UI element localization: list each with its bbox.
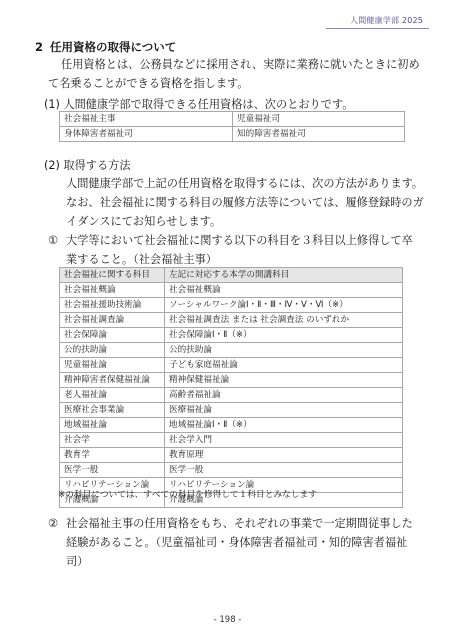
table-row: 教育学教育原理 (60, 448, 403, 463)
table-cell: 公的扶助論 (165, 343, 403, 358)
subject-table: 社会福祉に関する科目 左記に対応する本学の開講科目 社会福祉概論社会福祉概論 社… (59, 267, 403, 508)
header-label: 人間健康学部 2025 (350, 15, 423, 26)
table-footnote: ※の科目については、すべての科目を修得して１科目とみなします (58, 488, 317, 500)
table-cell: 社会学 (60, 433, 165, 448)
intro-line-1: 任用資格とは、公務員などに採用され、実際に業務に就いたときに初め (61, 55, 420, 74)
section-number: 2 (35, 40, 50, 54)
table-row: 社会福祉調査論社会福祉調査法 または 社会調査法 のいずれか (60, 313, 403, 328)
page-number: - 198 - (0, 615, 455, 625)
table-cell: 知的障害者福祉司 (233, 127, 405, 142)
table-cell: 教育原理 (165, 448, 403, 463)
table-cell: 社会福祉概論 (165, 283, 403, 298)
table-cell: 精神保健福祉論 (165, 373, 403, 388)
intro-line-2: て名乗ることができる資格を指します。 (48, 74, 248, 93)
table-cell: 子ども家庭福祉論 (165, 358, 403, 373)
section-title-text: 任用資格の取得について (50, 40, 176, 54)
table-row: 児童福祉論子ども家庭福祉論 (60, 358, 403, 373)
table-row: 社会保障論社会保障論Ⅰ・Ⅱ（※） (60, 328, 403, 343)
table-cell: 教育学 (60, 448, 165, 463)
item-1-line-1: 大学等において社会福祉に関する以下の科目を３科目以上修得して卒 (66, 231, 413, 250)
table-header-row: 社会福祉に関する科目 左記に対応する本学の開講科目 (60, 268, 403, 283)
item-2-line-3: 司） (66, 552, 88, 571)
table-cell: 社会福祉主事 (60, 112, 233, 127)
table-row: 医療社会事業論医療福祉論 (60, 403, 403, 418)
table-cell: 医学一般 (165, 463, 403, 478)
table-row: 社会福祉援助技術論ソーシャルワーク論Ⅰ・Ⅱ・Ⅲ・Ⅳ・Ⅴ・Ⅵ（※） (60, 298, 403, 313)
table-cell: 社会福祉援助技術論 (60, 298, 165, 313)
table-row: 医学一般医学一般 (60, 463, 403, 478)
item-2-line-1: 社会福祉主事の任用資格をもち、それぞれの事業で一定期間従事した (66, 514, 413, 533)
table-row: 社会福祉概論社会福祉概論 (60, 283, 403, 298)
table-cell: 社会福祉概論 (60, 283, 165, 298)
table-cell: 社会保障論 (60, 328, 165, 343)
table-cell: 精神障害者保健福祉論 (60, 373, 165, 388)
table-row: 公的扶助論公的扶助論 (60, 343, 403, 358)
table-cell: 児童福祉司 (233, 112, 405, 127)
table-header-cell: 左記に対応する本学の開講科目 (165, 268, 403, 283)
item-2-marker: ② (48, 514, 58, 533)
item-2-line-2: 経験があること。（児童福祉司・身体障害者福祉司・知的障害者福祉 (66, 533, 407, 552)
qualification-table: 社会福祉主事 児童福祉司 身体障害者福祉司 知的障害者福祉司 (59, 111, 405, 142)
table-row: 社会福祉主事 児童福祉司 (60, 112, 405, 127)
table-row: 身体障害者福祉司 知的障害者福祉司 (60, 127, 405, 142)
table-cell: 社会学入門 (165, 433, 403, 448)
table-cell: 医療社会事業論 (60, 403, 165, 418)
subsection-1-label: (1) 人間健康学部で取得できる任用資格は、次のとおりです。 (44, 96, 353, 112)
table-header-cell: 社会福祉に関する科目 (60, 268, 165, 283)
table-cell: 医学一般 (60, 463, 165, 478)
header-rule (326, 28, 429, 29)
subsection-2-label: (2) 取得する方法 (44, 157, 131, 173)
method-line-2: なお、社会福祉に関する科目の履修方法等については、履修登録時のガ (66, 193, 424, 212)
table-cell: 地域福祉論Ⅰ・Ⅱ（※） (165, 418, 403, 433)
table-row: 社会学社会学入門 (60, 433, 403, 448)
table-cell: 社会福祉調査論 (60, 313, 165, 328)
section-title: 2任用資格の取得について (35, 39, 176, 55)
table-cell: ソーシャルワーク論Ⅰ・Ⅱ・Ⅲ・Ⅳ・Ⅴ・Ⅵ（※） (165, 298, 403, 313)
table-cell: 身体障害者福祉司 (60, 127, 233, 142)
table-cell: 社会福祉調査法 または 社会調査法 のいずれか (165, 313, 403, 328)
method-line-3: イダンスにてお知らせします。 (66, 212, 221, 231)
table-row: 老人福祉論高齢者福祉論 (60, 388, 403, 403)
table-cell: 医療福祉論 (165, 403, 403, 418)
item-1-marker: ① (48, 231, 58, 250)
table-cell: 児童福祉論 (60, 358, 165, 373)
table-cell: 老人福祉論 (60, 388, 165, 403)
table-cell: 社会保障論Ⅰ・Ⅱ（※） (165, 328, 403, 343)
table-row: 地域福祉論地域福祉論Ⅰ・Ⅱ（※） (60, 418, 403, 433)
table-cell: 高齢者福祉論 (165, 388, 403, 403)
table-cell: 地域福祉論 (60, 418, 165, 433)
table-row: 精神障害者保健福祉論精神保健福祉論 (60, 373, 403, 388)
table-cell: 公的扶助論 (60, 343, 165, 358)
method-line-1: 人間健康学部で上記の任用資格を取得するには、次の方法があります。 (66, 174, 423, 193)
